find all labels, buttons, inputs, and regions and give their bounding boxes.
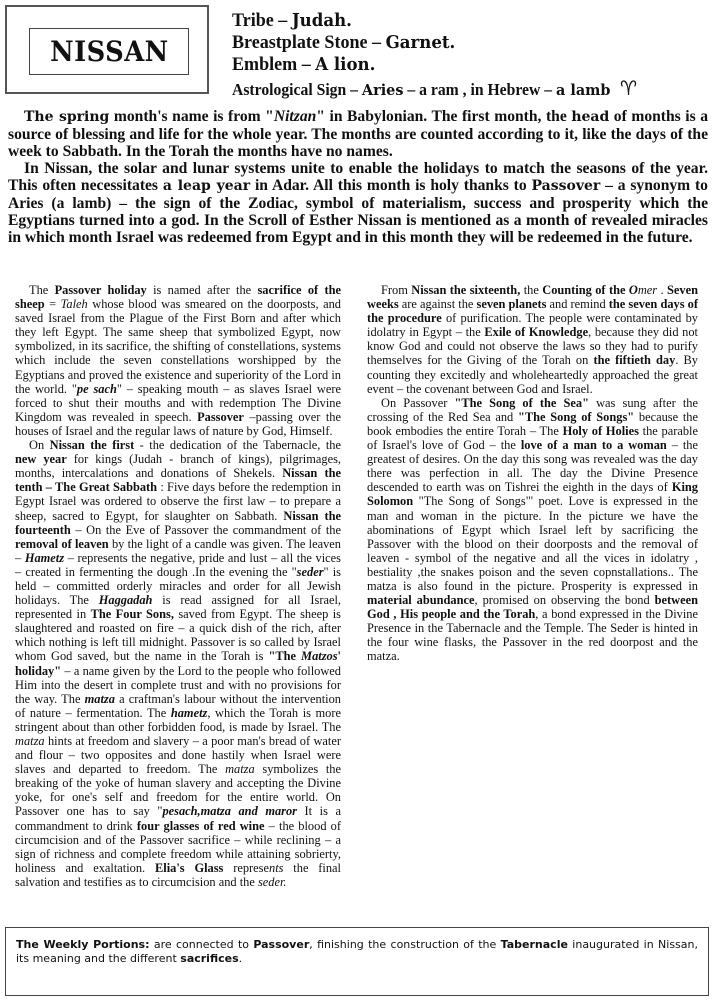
title-frame: NISSAN: [5, 5, 209, 94]
emphasis-text: "The Song of the Sea": [454, 396, 589, 410]
fact-value: Aries: [362, 81, 404, 99]
emphasis-text: Nissan the tenth – The Great Sabbath: [15, 466, 341, 494]
emphasis-text: mer: [638, 283, 657, 297]
emphasis-text: Passover: [197, 410, 244, 424]
emphasis-text: "The: [268, 649, 301, 663]
fact-value: Judah.: [292, 11, 352, 31]
fact-stone: Breastplate Stone – Garnet.: [232, 32, 637, 54]
intro-paragraph: In Nissan, the solar and lunar systems u…: [8, 160, 708, 246]
emphasis-text: Holy of Holies: [563, 424, 639, 438]
emphasis-text: sacrifices: [180, 952, 238, 965]
emphasis-text: The spring: [24, 109, 109, 125]
emphasis-text: Hametz: [25, 551, 64, 565]
fact-label: – a ram , in Hebrew –: [403, 80, 556, 99]
emphasis-text: The Four Sons,: [91, 607, 174, 621]
emphasis-text: Passover: [532, 178, 601, 194]
page-title: NISSAN: [50, 35, 169, 68]
emphasis-text: nts: [269, 861, 283, 875]
emphasis-text: material abundance: [367, 593, 475, 607]
emphasis-text: O: [629, 283, 638, 297]
fact-label: Emblem –: [232, 54, 315, 75]
fact-tribe: Tribe – Judah.: [232, 10, 637, 32]
emphasis-text: King Solomon: [367, 480, 698, 508]
emphasis-text: Exile of Knowledge: [484, 325, 588, 339]
emphasis-text: matza: [15, 734, 45, 748]
emphasis-text: seven planets: [477, 297, 547, 311]
emphasis-text: Haggadah: [99, 593, 153, 607]
emphasis-text: Matzos: [301, 649, 338, 663]
fact-value: A lion.: [315, 55, 375, 75]
intro-paragraph: The spring month's name is from "Nitzan"…: [8, 108, 708, 160]
body-paragraph: On Nissan the first - the dedication of …: [15, 438, 341, 889]
fact-label: Astrological Sign –: [232, 80, 362, 99]
fact-label: Breastplate Stone –: [232, 32, 386, 53]
emphasis-text: matza: [85, 692, 115, 706]
body-paragraph: On Passover "The Song of the Sea" was su…: [367, 396, 698, 664]
emphasis-text: seder: [297, 565, 324, 579]
emphasis-text: hametz: [171, 706, 208, 720]
emphasis-text: "The Song of Songs": [518, 410, 634, 424]
body-paragraph: The Passover holiday is named after the …: [15, 283, 341, 438]
aries-icon: ♈: [620, 76, 637, 100]
emphasis-text: matza: [225, 762, 255, 776]
emphasis-text: Nitzan: [274, 108, 316, 125]
emphasis-text: The Weekly Portions:: [16, 938, 150, 951]
fact-emblem: Emblem – A lion.: [232, 54, 637, 76]
emphasis-text: Elia's Glass: [155, 861, 223, 875]
emphasis-text: Tabernacle: [501, 938, 568, 951]
emphasis-text: head: [571, 109, 609, 125]
emphasis-text: Counting of the: [542, 283, 629, 297]
intro-section: The spring month's name is from "Nitzan"…: [8, 108, 708, 246]
emphasis-text: love of a man to a woman: [521, 438, 667, 452]
fact-label: Tribe –: [232, 10, 292, 31]
emphasis-text: new year: [15, 452, 67, 466]
emphasis-text: pe sach: [77, 382, 117, 396]
emphasis-text: a leap year: [163, 178, 250, 194]
weekly-portions-text: The Weekly Portions: are connected to Pa…: [16, 938, 698, 966]
emphasis-text: the fiftieth day: [593, 353, 675, 367]
emphasis-text: Nissan the sixteenth,: [411, 283, 520, 297]
emphasis-text: removal of leaven: [15, 537, 109, 551]
month-facts: Tribe – Judah. Breastplate Stone – Garne…: [232, 10, 658, 101]
title-box: NISSAN: [29, 28, 189, 75]
emphasis-text: Nissan the first: [50, 438, 135, 452]
left-column: The Passover holiday is named after the …: [15, 283, 341, 889]
emphasis-text: pesach,matza and maror: [162, 804, 297, 818]
emphasis-text: Taleh: [61, 297, 88, 311]
emphasis-text: Passover holiday: [55, 283, 147, 297]
fact-value: a lamb: [556, 81, 611, 99]
emphasis-text: seder.: [258, 875, 287, 889]
fact-value: Garnet.: [386, 33, 456, 53]
weekly-portions-box: The Weekly Portions: are connected to Pa…: [5, 927, 709, 996]
right-column: From Nissan the sixteenth, the Counting …: [367, 283, 698, 664]
emphasis-text: four glasses of red wine: [137, 819, 265, 833]
body-paragraph: From Nissan the sixteenth, the Counting …: [367, 283, 698, 396]
emphasis-text: Nissan the fourteenth: [15, 509, 341, 537]
fact-sign: Astrological Sign – Aries – a ram , in H…: [232, 78, 637, 101]
emphasis-text: Passover: [253, 938, 309, 951]
